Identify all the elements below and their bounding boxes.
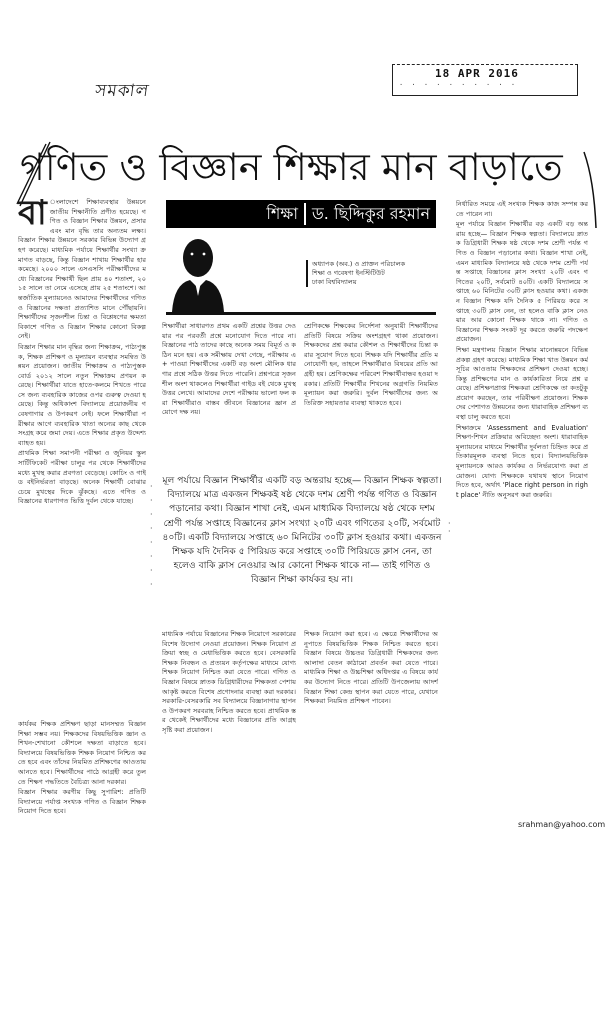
author-portrait-icon — [170, 232, 226, 312]
banner-divider — [304, 203, 306, 225]
article-column-center-right-bottom: শিক্ষক নিয়োগ করা হবে। এ ক্ষেত্রে শিক্ষা… — [304, 630, 438, 850]
author-email: srahman@yahoo.com — [518, 820, 605, 829]
paragraph: শ্রেণিকক্ষে শিক্ষকের নির্দেশনা অনুযায়ী … — [304, 322, 438, 408]
drop-cap: বা — [18, 198, 47, 228]
margin-marks: ·· — [448, 520, 451, 536]
article-column-left-bottom: কার্যকর শিক্ষক প্রশিক্ষণ ছাড়া মানসম্মত … — [18, 720, 146, 850]
article-column-center-bottom: মাধ্যমিক পর্যায়ে বিজ্ঞানের শিক্ষক নিয়ো… — [162, 630, 296, 850]
publication-name: সমকাল — [93, 78, 151, 106]
section-author-banner: শিক্ষা ড. ছিদ্দিকুর রহমান — [166, 200, 436, 228]
byline-line: ঢাকা বিশ্ববিদ্যালয় — [312, 278, 432, 287]
paragraph: বিজ্ঞান শিক্ষার মান বৃদ্ধির জন্য শিক্ষাক… — [18, 343, 146, 449]
article-column-right: নির্ধারিত সময়ে এই সংখ্যক শিক্ষক কাজ সম্… — [456, 200, 588, 812]
paragraph: মূল পর্যায়ে বিজ্ঞান শিক্ষার্থীর বড় একট… — [456, 220, 588, 345]
date-stamp-date: 18 APR 2016 — [435, 67, 519, 80]
paragraph: শিক্ষক নিয়োগ করা হবে। এ ক্ষেত্রে শিক্ষা… — [304, 630, 438, 707]
date-stamp-extra: · · · · · · · · · · — [399, 81, 517, 89]
paragraph: শিক্ষাক্রমে 'Assessment and Evaluation' … — [456, 424, 588, 501]
byline-line: শিক্ষা ও গবেষণা ইনস্টিটিউট — [312, 269, 432, 278]
author-name: ড. ছিদ্দিকুর রহমান — [312, 201, 430, 228]
date-stamp: 18 APR 2016 · · · · · · · · · · — [392, 64, 578, 96]
margin-marks: ········ — [150, 480, 153, 592]
author-byline: অধ্যাপক (অব.) ও প্রাক্তন পরিচালক শিক্ষা … — [306, 260, 432, 287]
article-headline: গণিত ও বিজ্ঞান শিক্ষার মান বাড়াতে — [20, 138, 600, 202]
paragraph: প্রাথমিক শিক্ষা সমাপনী পরীক্ষা ও জুনিয়র… — [18, 449, 146, 507]
pull-quote: মূল পর্যায়ে বিজ্ঞান শিক্ষার্থীর একটি বড… — [162, 474, 442, 588]
paragraph: নির্ধারিত সময়ে এই সংখ্যক শিক্ষক কাজ সম্… — [456, 200, 588, 219]
paragraph: কার্যকর শিক্ষক প্রশিক্ষণ ছাড়া মানসম্মত … — [18, 720, 146, 787]
paragraph: বিজ্ঞান শিক্ষার করণীয় কিছু সুপারিশ: প্র… — [18, 788, 146, 817]
article-column-left: বা ংলাদেশে শিক্ষাব্যবস্থার উন্নয়নে জাতী… — [18, 198, 146, 718]
section-label: শিক্ষা — [266, 201, 298, 228]
article-column-center: শিক্ষার্থীরা সাধারণত প্রথম একটি প্রশ্নের… — [162, 322, 296, 462]
article-column-center-right: শ্রেণিকক্ষে শিক্ষকের নির্দেশনা অনুযায়ী … — [304, 322, 438, 462]
byline-line: অধ্যাপক (অব.) ও প্রাক্তন পরিচালক — [312, 260, 432, 269]
paragraph: মাধ্যমিক পর্যায়ে বিজ্ঞানের শিক্ষক নিয়ো… — [162, 630, 296, 736]
paragraph: শিক্ষার্থীরা সাধারণত প্রথম একটি প্রশ্নের… — [162, 322, 296, 418]
paragraph: শিক্ষা মন্ত্রণালয় বিজ্ঞান শিক্ষার মানোন… — [456, 346, 588, 423]
